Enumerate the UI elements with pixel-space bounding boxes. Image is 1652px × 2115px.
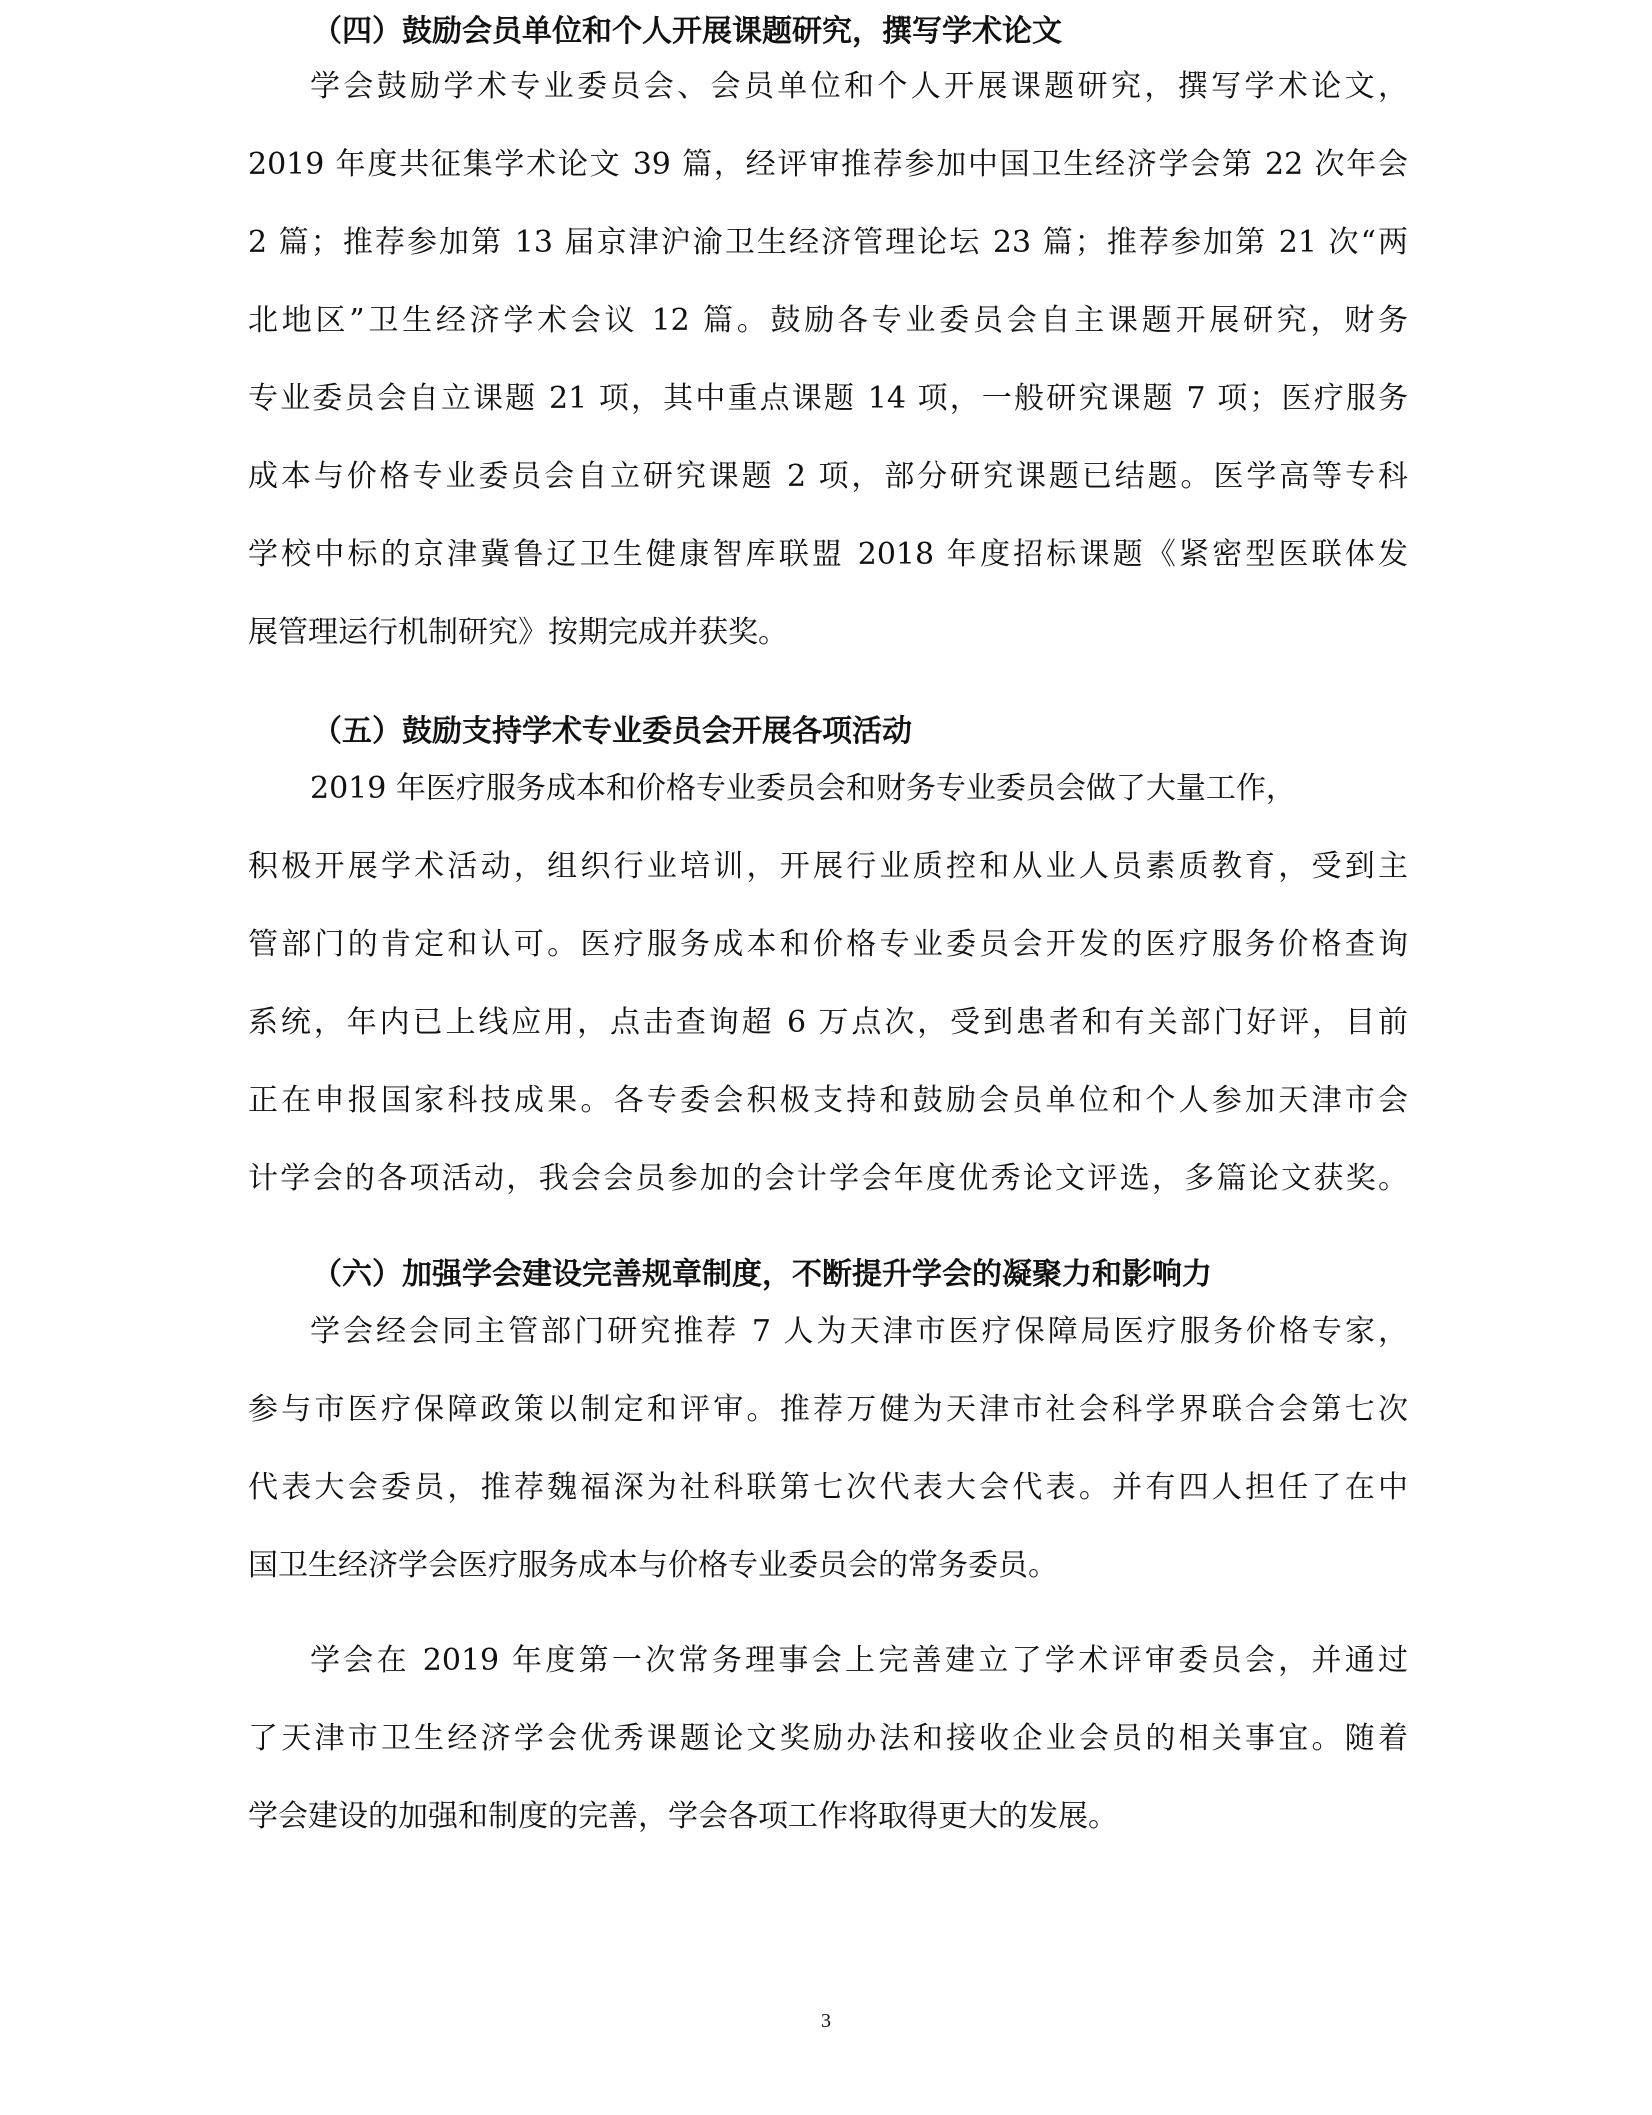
paragraph-line: 成本与价格专业委员会自立研究课题 2 项，部分研究课题已结题。医学高等专科 [248, 438, 1408, 516]
page-number: 3 [0, 2010, 1652, 2033]
paragraph-line: 管部门的肯定和认可。医疗服务成本和价格专业委员会开发的医疗服务价格查询 [248, 906, 1408, 984]
paragraph-line: 计学会的各项活动，我会会员参加的会计学会年度优秀论文评选，多篇论文获奖。 [248, 1140, 1408, 1218]
paragraph-line: 专业委员会自立课题 21 项，其中重点课题 14 项，一般研究课题 7 项；医疗… [248, 360, 1408, 438]
paragraph-line: 2019 年度共征集学术论文 39 篇，经评审推荐参加中国卫生经济学会第 22 … [248, 126, 1408, 204]
paragraph-line: 2 篇；推荐参加第 13 届京津沪渝卫生经济管理论坛 23 篇；推荐参加第 21… [248, 204, 1408, 282]
section-heading-6: （六）加强学会建设完善规章制度，不断提升学会的凝聚力和影响力 [248, 1255, 1408, 1295]
paragraph-line: 学会经会同主管部门研究推荐 7 人为天津市医疗保障局医疗服务价格专家， [248, 1293, 1408, 1371]
section-6-paragraph-1: 学会经会同主管部门研究推荐 7 人为天津市医疗保障局医疗服务价格专家， 参与市医… [248, 1293, 1408, 1605]
section-4-paragraph-1: 学会鼓励学术专业委员会、会员单位和个人开展课题研究，撰写学术论文， 2019 年… [248, 48, 1408, 672]
section-6-paragraph-2: 学会在 2019 年度第一次常务理事会上完善建立了学术评审委员会，并通过 了天津… [248, 1622, 1408, 1856]
paragraph-line: 国卫生经济学会医疗服务成本与价格专业委员会的常务委员。 [248, 1527, 1408, 1605]
paragraph-line: 学会在 2019 年度第一次常务理事会上完善建立了学术评审委员会，并通过 [248, 1622, 1408, 1700]
paragraph-line: 学会鼓励学术专业委员会、会员单位和个人开展课题研究，撰写学术论文， [248, 48, 1408, 126]
paragraph-line: 学校中标的京津冀鲁辽卫生健康智库联盟 2018 年度招标课题《紧密型医联体发 [248, 516, 1408, 594]
paragraph-line: 积极开展学术活动，组织行业培训，开展行业质控和从业人员素质教育，受到主 [248, 828, 1408, 906]
paragraph-line: 北地区”卫生经济学术会议 12 篇。鼓励各专业委员会自主课题开展研究，财务 [248, 282, 1408, 360]
paragraph-line: 参与市医疗保障政策以制定和评审。推荐万健为天津市社会科学界联合会第七次 [248, 1371, 1408, 1449]
paragraph-line: 展管理运行机制研究》按期完成并获奖。 [248, 594, 1408, 672]
paragraph-line: 了天津市卫生经济学会优秀课题论文奖励办法和接收企业会员的相关事宜。随着 [248, 1700, 1408, 1778]
section-5-paragraph-1: 2019 年医疗服务成本和价格专业委员会和财务专业委员会做了大量工作， 积极开展… [248, 750, 1408, 1218]
paragraph-line: 学会建设的加强和制度的完善，学会各项工作将取得更大的发展。 [248, 1778, 1408, 1856]
paragraph-line: 正在申报国家科技成果。各专委会积极支持和鼓励会员单位和个人参加天津市会 [248, 1062, 1408, 1140]
section-heading-5: （五）鼓励支持学术专业委员会开展各项活动 [248, 712, 1408, 752]
section-heading-4: （四）鼓励会员单位和个人开展课题研究，撰写学术论文 [248, 12, 1408, 52]
paragraph-line: 2019 年医疗服务成本和价格专业委员会和财务专业委员会做了大量工作， [248, 750, 1408, 828]
paragraph-line: 系统，年内已上线应用，点击查询超 6 万点次，受到患者和有关部门好评，目前 [248, 984, 1408, 1062]
paragraph-line: 代表大会委员，推荐魏福深为社科联第七次代表大会代表。并有四人担任了在中 [248, 1449, 1408, 1527]
